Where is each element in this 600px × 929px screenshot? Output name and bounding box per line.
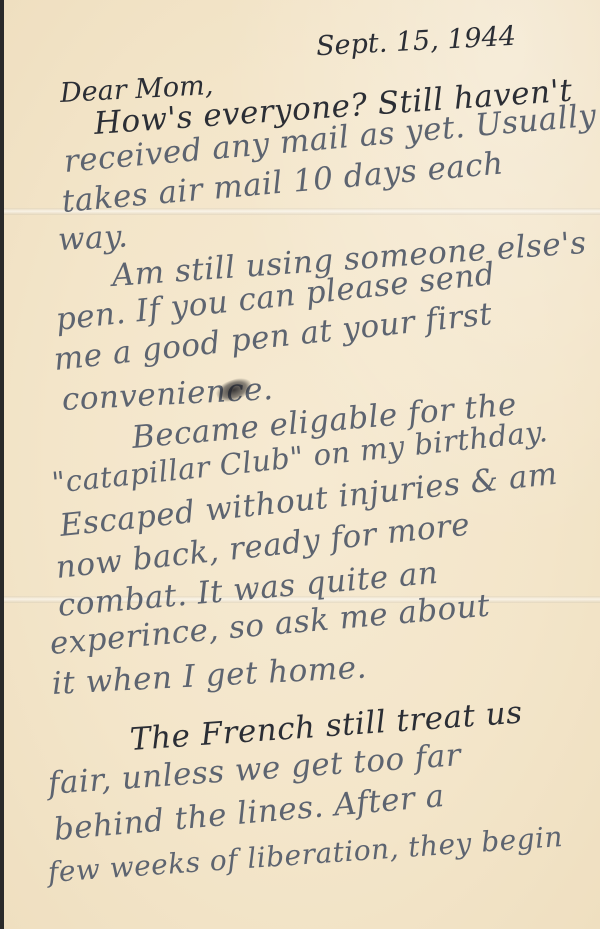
letter-date: Sept. 15, 1944 <box>315 21 516 62</box>
letter-line: way. <box>57 218 129 258</box>
letter-page: Sept. 15, 1944 Dear Mom, How's everyone?… <box>4 0 600 929</box>
